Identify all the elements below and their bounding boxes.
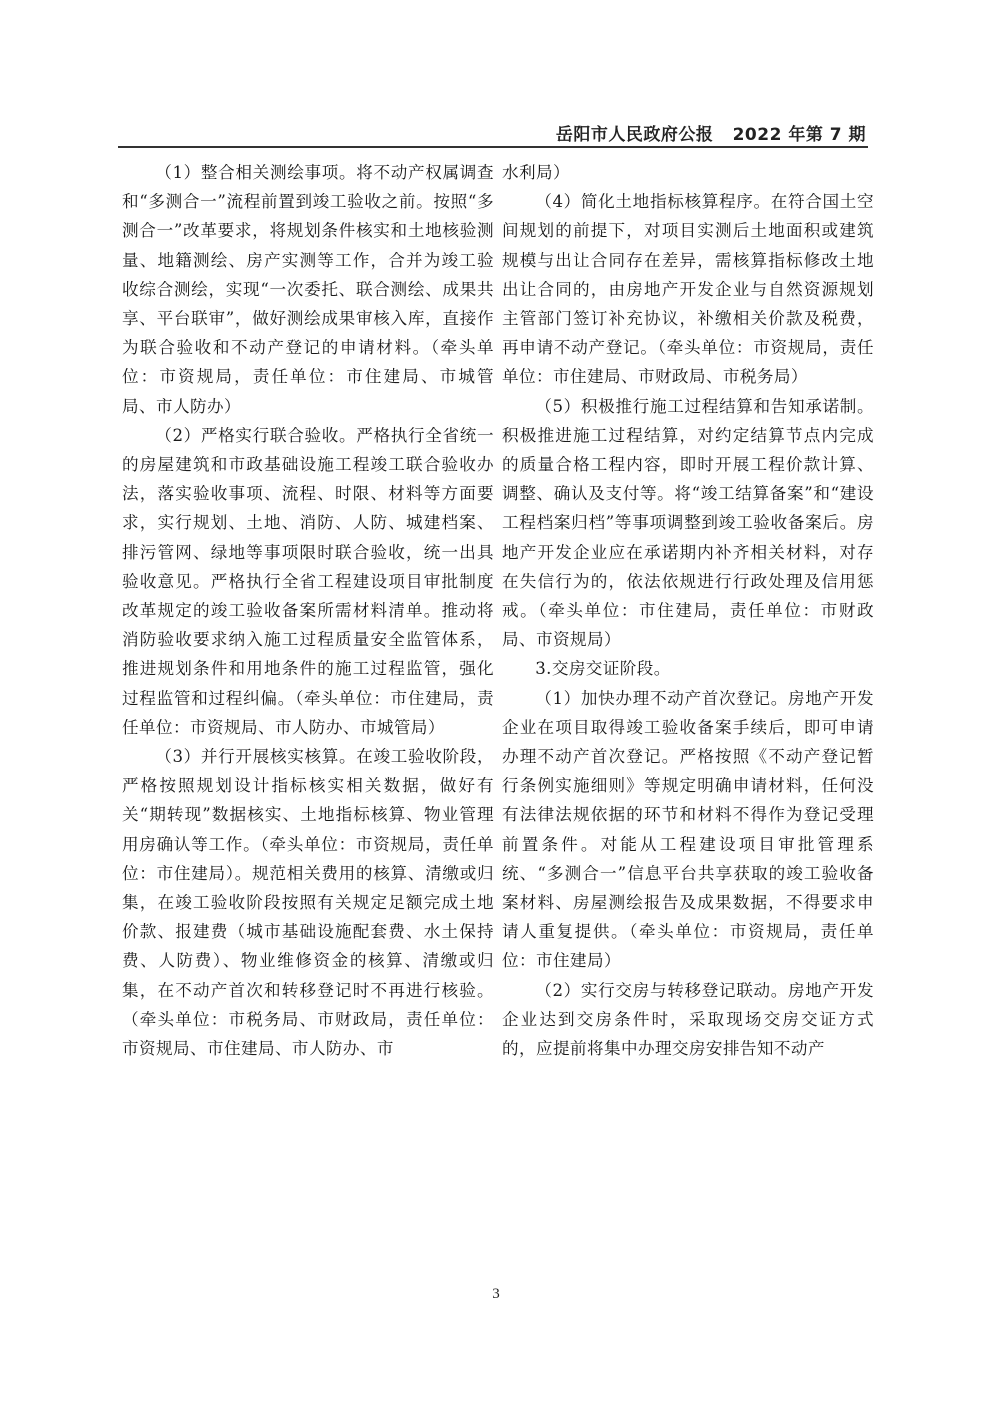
- paragraph-item-1: （1）整合相关测绘事项。将不动产权属调查和“多测合一”流程前置到竣工验收之前。按…: [122, 158, 494, 421]
- paragraph-item-4: （4）简化土地指标核算程序。在符合国土空间规划的前提下，对项目实测后土地面积或建…: [502, 187, 874, 391]
- paragraph-stage3-item-1: （1）加快办理不动产首次登记。房地产开发企业在项目取得竣工验收备案手续后，即可申…: [502, 684, 874, 976]
- publication-title: 岳阳市人民政府公报 2022 年第 7 期: [556, 120, 866, 145]
- page-number: 3: [0, 1286, 992, 1303]
- right-column: 水利局） （4）简化土地指标核算程序。在符合国土空间规划的前提下，对项目实测后土…: [502, 158, 874, 1063]
- paragraph-continuation: 水利局）: [502, 158, 874, 187]
- header-rule: [118, 146, 868, 148]
- page-header: 岳阳市人民政府公报 2022 年第 7 期: [118, 118, 868, 146]
- paragraph-item-5: （5）积极推行施工过程结算和告知承诺制。积极推进施工过程结算，对约定结算节点内完…: [502, 392, 874, 655]
- paragraph-item-2: （2）严格实行联合验收。严格执行全省统一的房屋建筑和市政基础设施工程竣工联合验收…: [122, 421, 494, 742]
- paragraph-item-3: （3）并行开展核实核算。在竣工验收阶段，严格按照规划设计指标核实相关数据，做好有…: [122, 742, 494, 1063]
- paragraph-stage3-item-2: （2）实行交房与转移登记联动。房地产开发企业达到交房条件时，采取现场交房交证方式…: [502, 976, 874, 1064]
- section-heading-stage-3: 3.交房交证阶段。: [502, 654, 874, 683]
- left-column: （1）整合相关测绘事项。将不动产权属调查和“多测合一”流程前置到竣工验收之前。按…: [122, 158, 494, 1063]
